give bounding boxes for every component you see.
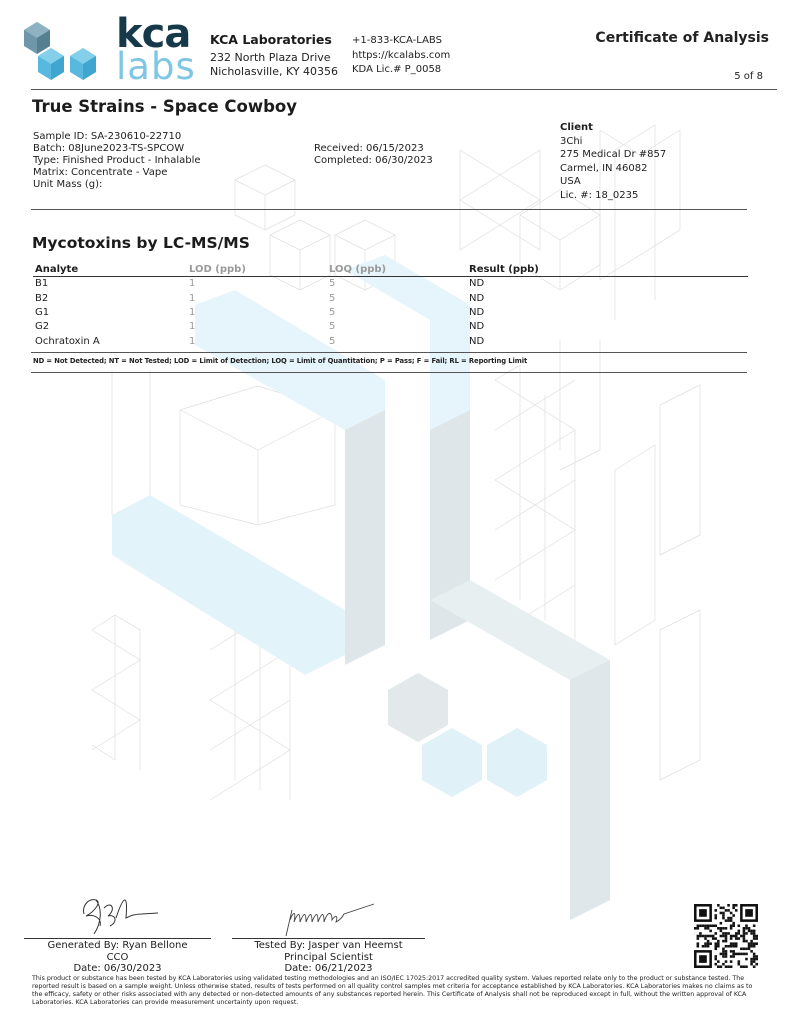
loq-cell: 5 <box>327 277 467 292</box>
section-title: Mycotoxins by LC-MS/MS <box>32 234 250 252</box>
lab-license: KDA Lic.# P_0058 <box>352 64 441 75</box>
analyte-cell: G2 <box>33 320 187 334</box>
lab-website-link[interactable]: https://kcalabs.com <box>352 50 450 61</box>
generated-by-name: Generated By: Ryan Bellone <box>24 940 211 952</box>
header-divider <box>31 89 777 90</box>
batch: Batch: 08June2023-TS-SPCOW <box>33 143 184 155</box>
legend-divider <box>31 372 747 373</box>
loq-cell: 5 <box>327 335 467 349</box>
unit-mass: Unit Mass (g): <box>33 179 102 191</box>
lab-address-street: 232 North Plaza Drive <box>210 51 331 64</box>
signature-block-generated: Generated By: Ryan Bellone CCO Date: 06/… <box>24 940 211 975</box>
result-cell: ND <box>467 291 748 305</box>
column-header-loq: LOQ (ppb) <box>327 263 467 277</box>
product-title: True Strains - Space Cowboy <box>32 97 297 116</box>
analyte-cell: B1 <box>33 277 187 292</box>
abbreviation-legend: ND = Not Detected; NT = Not Tested; LOD … <box>33 357 527 365</box>
client-label: Client <box>560 122 593 133</box>
analyte-cell: B2 <box>33 291 187 305</box>
signature-ryan-bellone-icon <box>72 888 160 936</box>
loq-cell: 5 <box>327 306 467 320</box>
sample-info-divider <box>31 209 747 210</box>
result-cell: ND <box>467 335 748 349</box>
tested-by-name: Tested By: Jasper van Heemst <box>232 940 425 952</box>
disclaimer-text: This product or substance has been teste… <box>32 975 762 1007</box>
loq-cell: 5 <box>327 291 467 305</box>
matrix: Matrix: Concentrate - Vape <box>33 167 167 179</box>
signature-line-tested <box>232 938 425 939</box>
result-cell: ND <box>467 306 748 320</box>
logo-labs-text: labs <box>116 47 196 87</box>
received-date: Received: 06/15/2023 <box>314 143 424 155</box>
document-title: Certificate of Analysis <box>595 30 769 46</box>
generated-by-title: CCO <box>24 952 211 964</box>
client-license: Lic. #: 18_0235 <box>560 190 638 202</box>
tested-by-date: Date: 06/21/2023 <box>232 963 425 975</box>
generated-by-date: Date: 06/30/2023 <box>24 963 211 975</box>
column-header-result: Result (ppb) <box>467 263 748 277</box>
sample-type: Type: Finished Product - Inhalable <box>33 155 201 167</box>
signature-line-generated <box>24 938 211 939</box>
client-country: USA <box>560 176 581 188</box>
result-cell: ND <box>467 320 748 334</box>
lod-cell: 1 <box>187 306 327 320</box>
table-header-row: Analyte LOD (ppb) LOQ (ppb) Result (ppb) <box>33 263 748 277</box>
lod-cell: 1 <box>187 291 327 305</box>
mycotoxins-table: Analyte LOD (ppb) LOQ (ppb) Result (ppb)… <box>33 263 748 349</box>
client-address-city: Carmel, IN 46082 <box>560 163 648 175</box>
column-header-analyte: Analyte <box>33 263 187 277</box>
kca-logo-cubes-icon <box>20 18 106 82</box>
analyte-cell: G1 <box>33 306 187 320</box>
table-row: B215ND <box>33 291 748 305</box>
page-number: 5 of 8 <box>734 71 763 82</box>
sample-id: Sample ID: SA-230610-22710 <box>33 131 181 143</box>
lod-cell: 1 <box>187 335 327 349</box>
table-row: B115ND <box>33 277 748 292</box>
column-header-lod: LOD (ppb) <box>187 263 327 277</box>
table-row: G215ND <box>33 320 748 334</box>
table-row: Ochratoxin A15ND <box>33 335 748 349</box>
lab-address-city: Nicholasville, KY 40356 <box>210 65 338 78</box>
lod-cell: 1 <box>187 320 327 334</box>
signature-block-tested: Tested By: Jasper van Heemst Principal S… <box>232 940 425 975</box>
qr-code-icon[interactable] <box>694 904 758 968</box>
client-name: 3Chi <box>560 136 582 148</box>
lod-cell: 1 <box>187 277 327 292</box>
completed-date: Completed: 06/30/2023 <box>314 155 433 167</box>
client-address-street: 275 Medical Dr #857 <box>560 149 666 161</box>
tested-by-title: Principal Scientist <box>232 952 425 964</box>
lab-name: KCA Laboratories <box>210 32 332 47</box>
document-page: kca labs KCA Laboratories 232 North Plaz… <box>0 0 791 1024</box>
analyte-cell: Ochratoxin A <box>33 335 187 349</box>
lab-phone: +1-833-KCA-LABS <box>352 35 442 46</box>
loq-cell: 5 <box>327 320 467 334</box>
table-bottom-divider <box>31 352 747 353</box>
result-cell: ND <box>467 277 748 292</box>
table-row: G115ND <box>33 306 748 320</box>
signature-jasper-van-heemst-icon <box>280 896 376 938</box>
